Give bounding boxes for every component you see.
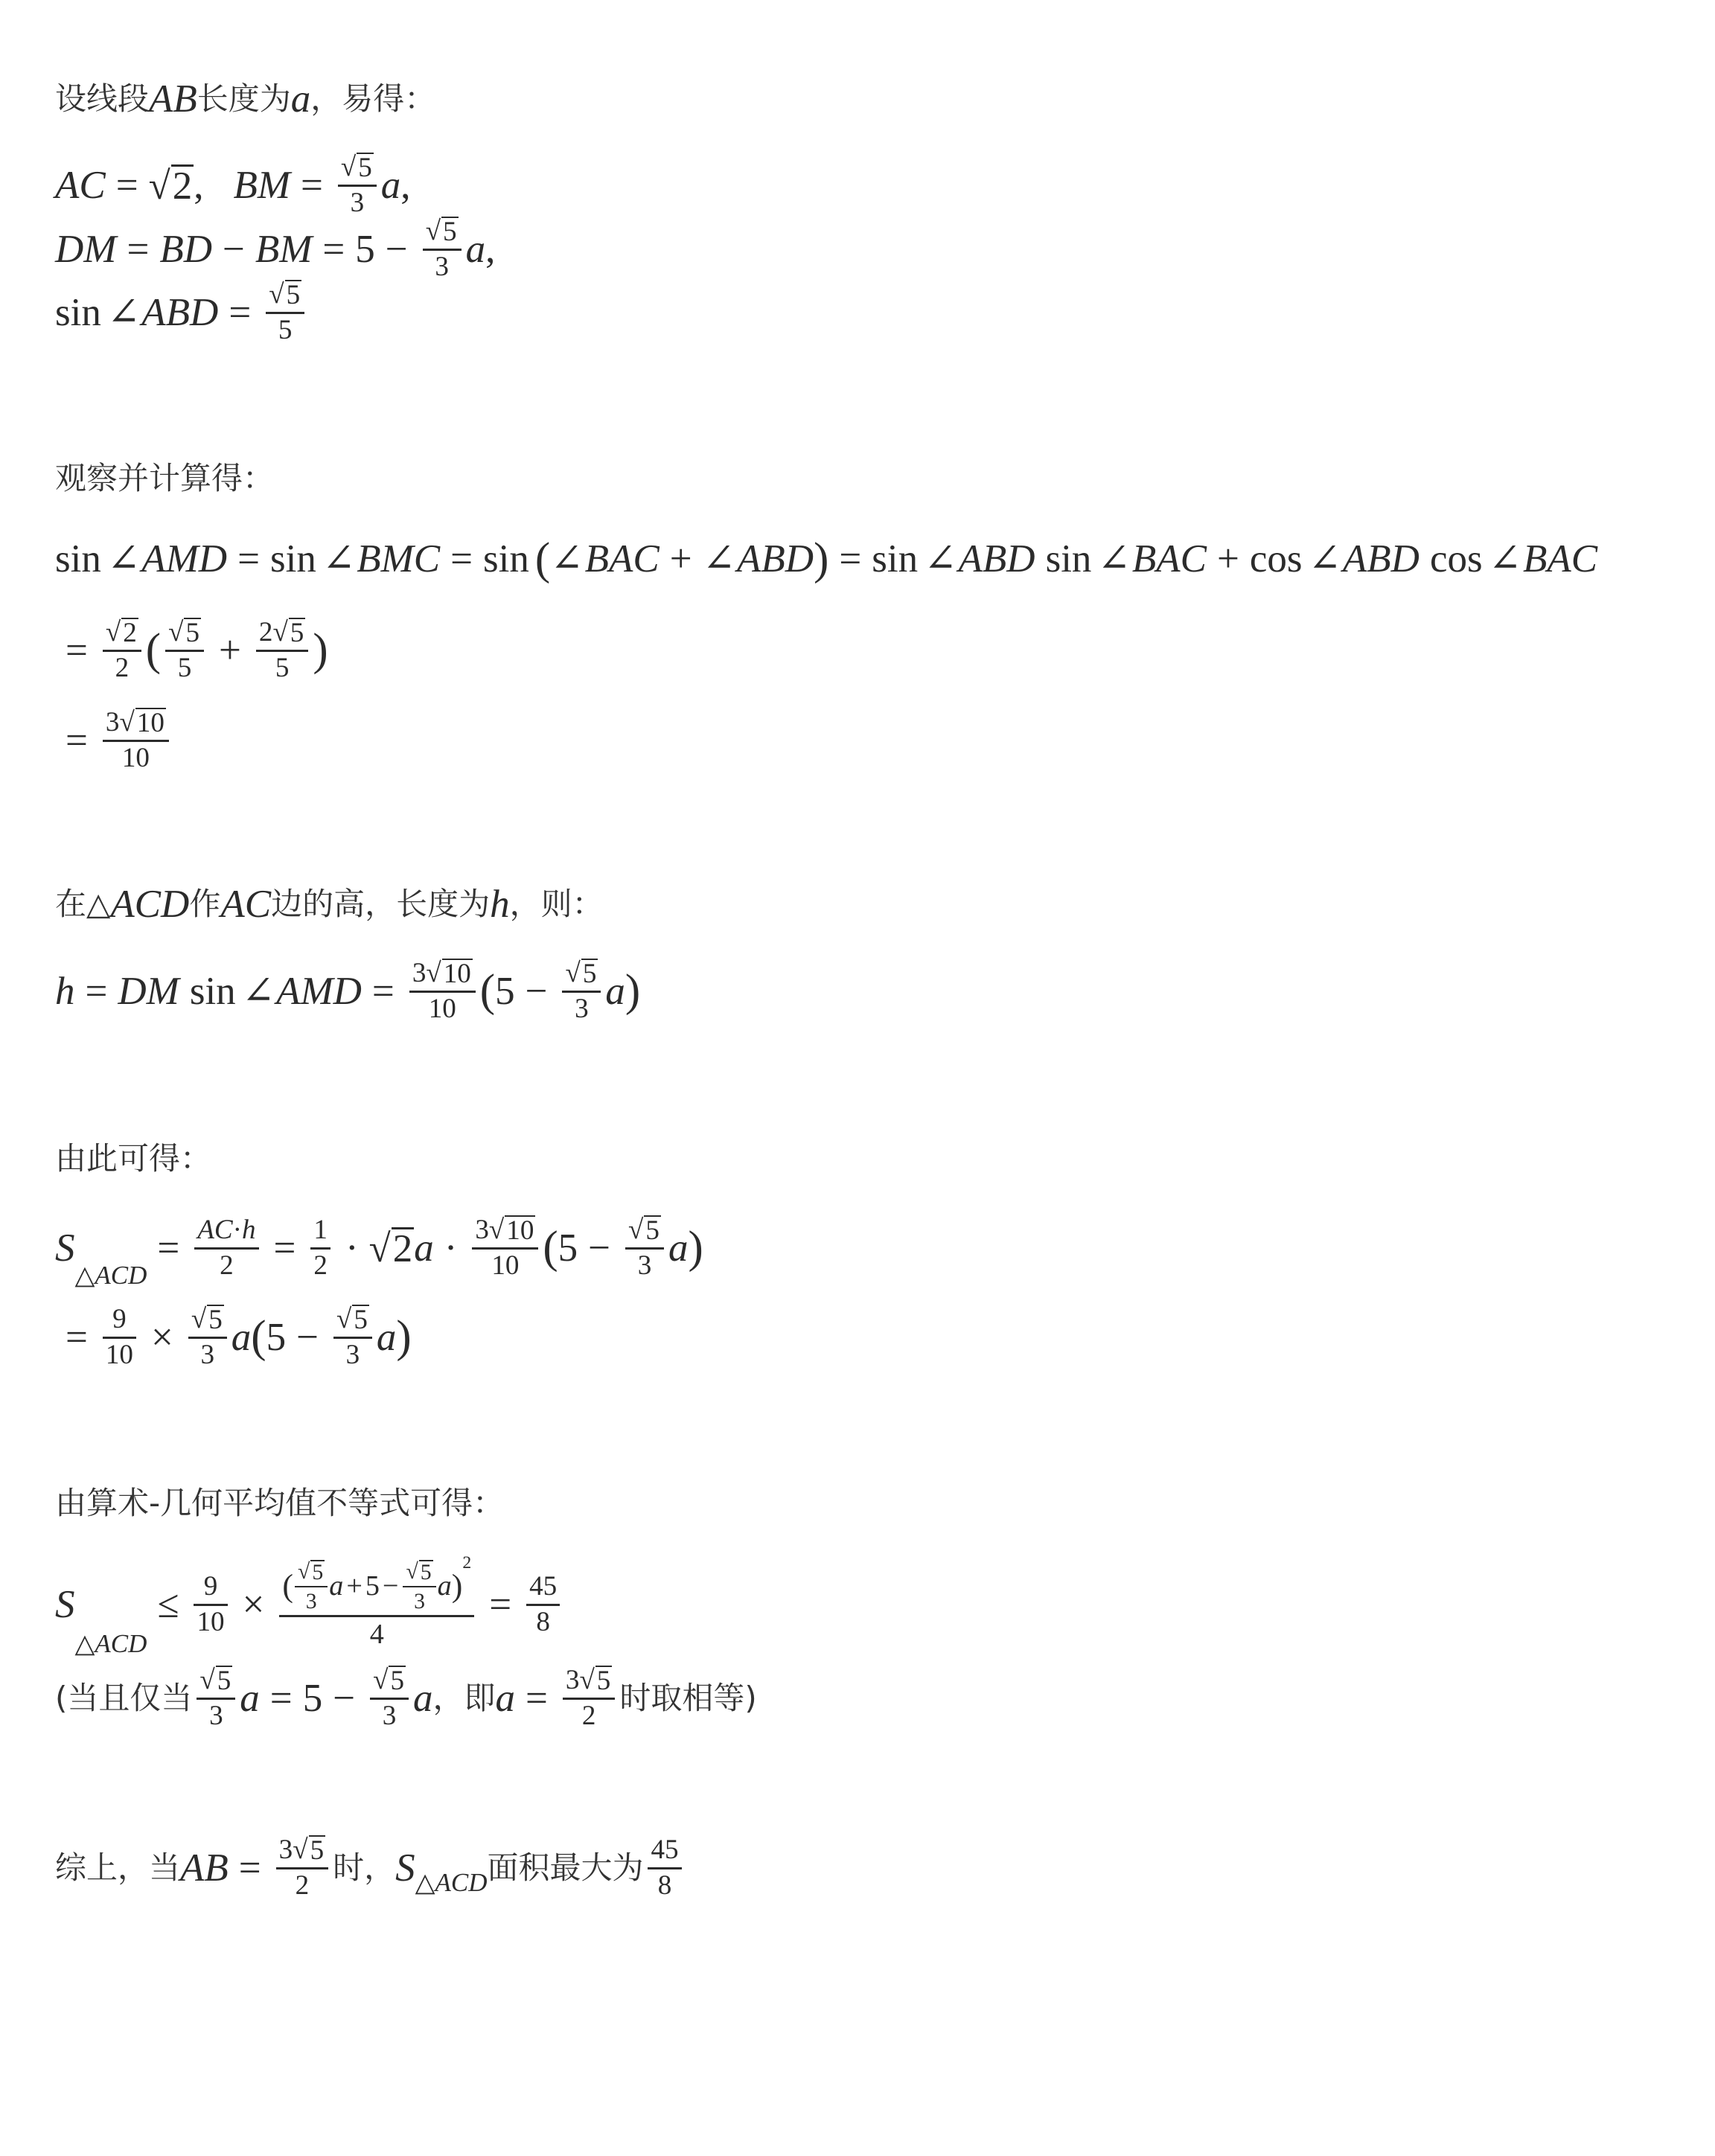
math-expression: √5 <box>628 1215 661 1244</box>
radical-sign-icon: √ <box>149 167 170 206</box>
math-variable: BAC <box>585 540 660 579</box>
math-function: sin <box>55 540 101 579</box>
parenthesis: ) <box>625 969 640 1014</box>
angle-symbol: ∠ <box>1489 540 1521 579</box>
square-root: √5 <box>579 1666 612 1695</box>
math-number: , <box>400 166 410 205</box>
numerator: √5 <box>188 1305 227 1336</box>
math-expression: 2 <box>220 1252 234 1281</box>
math-number: 3 <box>575 995 589 1024</box>
math-variable: a <box>291 80 311 119</box>
text-run: 在△ <box>55 889 110 920</box>
fraction: √22 <box>103 618 141 682</box>
solution-line: 设线段 AB 长度为 a，易得： <box>55 54 435 144</box>
radical-sign-icon: √ <box>426 217 441 246</box>
square-root: √10 <box>119 708 165 737</box>
denominator: 3 <box>423 249 462 282</box>
text-run: 时， <box>333 1852 395 1884</box>
numerator: 45 <box>526 1573 560 1604</box>
math-expression: √5 <box>565 959 598 988</box>
math-expression: 1 <box>313 1216 328 1245</box>
math-operator: − <box>386 230 408 269</box>
fraction: √55 <box>266 280 304 345</box>
numerator: 2√5 <box>256 618 308 649</box>
math-variable: h <box>490 885 510 924</box>
numerator: AC·h <box>194 1216 258 1247</box>
math-expression: AB=3√52 <box>180 1835 333 1900</box>
square-root: √2 <box>149 164 194 206</box>
math-expression: 10 <box>429 995 456 1024</box>
math-expression: √5 <box>191 1305 224 1334</box>
solution-line: =910×√53a(5−√53a) <box>55 1293 412 1382</box>
math-operator: − <box>383 1571 399 1601</box>
square-root: √5 <box>373 1666 406 1695</box>
radical-sign-icon: √ <box>341 153 356 182</box>
math-expression: =√22(√55+2√55) <box>55 618 328 682</box>
square-root: √5 <box>272 618 305 647</box>
math-variable: S <box>55 1585 75 1625</box>
parenthesis: ( <box>146 628 161 674</box>
math-expression: 3√10 <box>412 959 473 988</box>
math-number: 9 <box>204 1573 218 1602</box>
parenthesis: ( <box>251 1315 266 1360</box>
radicand: 5 <box>419 1560 433 1584</box>
square-root: √2 <box>369 1227 415 1269</box>
math-expression: √2 <box>106 618 138 647</box>
fraction: √53 <box>423 217 462 281</box>
math-function: sin <box>483 540 529 579</box>
math-variable: BAC <box>1132 540 1207 579</box>
math-expression: 2 <box>296 1872 310 1901</box>
denominator: 5 <box>256 650 308 683</box>
math-variable: DM <box>118 972 179 1011</box>
radical-sign-icon: √ <box>406 1560 418 1583</box>
subscript: △ACD <box>415 1869 488 1896</box>
text-run: 由此可得： <box>55 1143 211 1174</box>
numerator: √5 <box>333 1305 372 1336</box>
math-expression: 2 <box>582 1702 596 1731</box>
math-function: cos <box>1430 540 1483 579</box>
math-expression: √5 <box>426 217 459 246</box>
fraction: 458 <box>526 1573 560 1637</box>
math-expression: S△ACD≤910×(√53a+5−√53a)24=458 <box>55 1560 564 1649</box>
math-function: cos <box>1250 540 1303 579</box>
numerator: √5 <box>423 217 462 248</box>
math-variable: S <box>395 1849 415 1888</box>
math-expression: 9 <box>204 1573 218 1602</box>
math-number: · <box>233 1216 242 1245</box>
math-variable: BAC <box>1523 540 1597 579</box>
denominator: 3 <box>197 1698 235 1731</box>
radicand: 10 <box>505 1215 535 1244</box>
math-number: 5 <box>495 972 515 1011</box>
text-run: ，易得： <box>310 83 435 115</box>
math-expression: AC <box>220 885 271 924</box>
math-number: 2 <box>259 618 273 647</box>
fraction: 3√52 <box>276 1835 328 1900</box>
math-expression: 3 <box>414 1590 425 1613</box>
square-root: √2 <box>106 618 138 647</box>
math-expression: a <box>291 80 311 119</box>
math-expression: 3√10 <box>475 1215 535 1244</box>
numerator: √5 <box>403 1560 435 1586</box>
denominator: 3 <box>188 1337 227 1370</box>
radicand: 2 <box>171 164 194 206</box>
fraction: 12 <box>310 1216 330 1281</box>
math-expression: S△ACD <box>395 1849 487 1888</box>
math-expression: √53a=5−√53a <box>192 1666 432 1730</box>
square-root: √5 <box>565 959 598 988</box>
math-expression: 10 <box>106 1341 133 1370</box>
math-operator: = <box>66 631 88 671</box>
math-number: 3 <box>412 959 427 988</box>
math-expression: sin∠ABD=√55 <box>55 280 309 345</box>
math-number: 10 <box>429 995 456 1024</box>
solution-line: (当且仅当 √53a=5−√53a，即 a=3√52 时取相等) <box>55 1654 757 1743</box>
radicand: 5 <box>289 618 306 647</box>
math-variable: a <box>438 1571 452 1601</box>
math-operator: + <box>670 540 692 579</box>
math-variable: a <box>240 1679 260 1718</box>
math-expression: 3√5 <box>279 1835 325 1864</box>
angle-symbol: ∠ <box>107 293 140 333</box>
numerator: 9 <box>109 1305 130 1337</box>
radicand: 5 <box>352 1305 369 1334</box>
text-run: 面积最大为 <box>487 1852 643 1884</box>
numerator: √5 <box>165 618 204 649</box>
angle-symbol: ∠ <box>703 540 735 579</box>
radical-sign-icon: √ <box>106 618 121 647</box>
fraction: 458 <box>648 1836 681 1901</box>
solution-line: h=DMsin∠AMD=3√1010(5−√53a) <box>55 947 640 1036</box>
radical-sign-icon: √ <box>293 1836 307 1865</box>
parenthesis: ( <box>543 1226 558 1271</box>
text-run: 设线段 <box>55 83 149 115</box>
numerator: √5 <box>197 1666 235 1697</box>
math-function: sin <box>55 293 101 333</box>
math-variable: BD <box>159 230 212 269</box>
math-function: sin <box>270 540 316 579</box>
angle-symbol: ∠ <box>550 540 583 579</box>
math-operator: − <box>223 230 245 269</box>
math-operator: = <box>66 721 88 761</box>
math-expression: AC·h <box>197 1216 255 1245</box>
solution-line: 在△ ACD 作 AC 边的高，长度为 h，则： <box>55 860 604 949</box>
fraction: 910 <box>103 1305 136 1370</box>
math-operator: − <box>588 1229 610 1268</box>
solution-line: 由算术-几何平均值不等式可得： <box>55 1459 504 1548</box>
fraction: 2√55 <box>256 618 308 682</box>
denominator: 4 <box>279 1615 474 1649</box>
math-expression: h <box>490 885 510 924</box>
math-operator: = <box>489 1585 511 1625</box>
math-variable: AB <box>149 80 197 119</box>
superscript: 2 <box>462 1554 471 1573</box>
numerator: 3√10 <box>103 708 169 739</box>
solution-line: S△ACD≤910×(√53a+5−√53a)24=458 <box>55 1560 564 1649</box>
math-variable: ACD <box>110 885 189 924</box>
math-number: 3 <box>279 1836 293 1865</box>
numerator: √2 <box>103 618 141 649</box>
math-operator: − <box>526 972 548 1011</box>
text-run: (当且仅当 <box>55 1683 192 1714</box>
math-number: 3 <box>201 1341 215 1370</box>
denominator: 5 <box>165 650 204 683</box>
radicand: 10 <box>135 708 166 737</box>
numerator: 45 <box>648 1836 681 1867</box>
math-expression: =3√1010 <box>55 708 173 772</box>
math-number: 5 <box>303 1679 323 1718</box>
math-expression: 10 <box>197 1608 224 1637</box>
radicand: 5 <box>285 280 302 309</box>
math-operator: = <box>839 540 861 579</box>
denominator: 3 <box>562 991 601 1024</box>
math-variable: a <box>231 1318 252 1357</box>
math-operator: × <box>151 1318 173 1357</box>
fraction: 3√1010 <box>409 959 476 1023</box>
math-expression: 10 <box>491 1252 519 1281</box>
radicand: 5 <box>207 1305 224 1334</box>
numerator: √5 <box>625 1215 664 1247</box>
radical-sign-icon: √ <box>369 1229 391 1269</box>
math-operator: = <box>372 972 395 1011</box>
angle-symbol: ∠ <box>107 540 140 579</box>
numerator: 1 <box>310 1216 330 1247</box>
math-number: 3 <box>435 253 449 282</box>
denominator: 3 <box>625 1247 664 1281</box>
text-run: 作 <box>189 889 220 920</box>
math-number: 3 <box>566 1666 580 1695</box>
math-operator: × <box>243 1585 265 1625</box>
radicand: 5 <box>389 1666 406 1695</box>
math-expression: √5 <box>336 1305 369 1334</box>
subscript: △ACD <box>75 1262 147 1288</box>
square-root: √5 <box>336 1305 369 1334</box>
math-operator: + <box>1217 540 1239 579</box>
fraction: √55 <box>165 618 204 682</box>
math-number: 5 <box>278 316 293 345</box>
radicand: 5 <box>216 1666 233 1695</box>
math-variable: DM <box>55 230 116 269</box>
radicand: 5 <box>184 618 201 647</box>
math-variable: AB <box>180 1849 229 1888</box>
fraction: AC·h2 <box>194 1216 258 1281</box>
math-expression: a=3√52 <box>496 1666 620 1730</box>
math-number: 5 <box>266 1318 287 1357</box>
denominator: 3 <box>295 1586 328 1613</box>
fraction: √53 <box>197 1666 235 1730</box>
subscript: △ACD <box>75 1631 147 1657</box>
math-operator: = <box>116 166 138 205</box>
radicand: 2 <box>121 618 138 647</box>
parenthesis: ) <box>313 628 328 674</box>
radical-sign-icon: √ <box>565 959 580 988</box>
math-variable: BMC <box>357 540 440 579</box>
math-operator: = <box>450 540 473 579</box>
denominator: 10 <box>103 740 169 773</box>
math-variable: a <box>668 1229 689 1268</box>
math-number: 2 <box>115 654 130 683</box>
numerator: 3√10 <box>409 959 476 990</box>
math-variable: h <box>242 1216 256 1245</box>
math-operator: = <box>322 230 345 269</box>
denominator: 10 <box>103 1337 136 1370</box>
math-function: sin <box>190 972 236 1011</box>
math-number: 1 <box>313 1216 328 1245</box>
denominator: 5 <box>266 312 304 345</box>
math-operator: = <box>66 1318 88 1357</box>
denominator: 2 <box>103 650 141 683</box>
denominator: 8 <box>526 1604 560 1637</box>
math-number: , <box>194 166 203 205</box>
math-operator: + <box>346 1571 363 1601</box>
denominator: 3 <box>370 1698 409 1731</box>
math-operator: = <box>301 166 323 205</box>
math-number: 8 <box>536 1608 550 1637</box>
math-expression: 3 <box>435 253 449 282</box>
math-number: 2 <box>220 1252 234 1281</box>
square-root: √5 <box>426 217 459 246</box>
radical-sign-icon: √ <box>168 618 183 647</box>
radical-sign-icon: √ <box>579 1666 594 1695</box>
solution-line: 观察并计算得： <box>55 434 274 523</box>
square-root: √10 <box>426 959 472 988</box>
math-expression: √5 <box>168 618 201 647</box>
radicand: 5 <box>441 217 459 246</box>
numerator: √5 <box>266 280 304 311</box>
square-root: √5 <box>269 280 301 309</box>
math-variable: AC <box>197 1216 232 1245</box>
square-root: √5 <box>406 1560 432 1584</box>
text-run: ，则： <box>510 889 604 920</box>
math-operator: = <box>157 1229 179 1268</box>
radicand: 10 <box>442 959 473 988</box>
math-number: 8 <box>658 1872 672 1901</box>
math-expression: 45 <box>651 1836 678 1865</box>
text-run: 时取相等) <box>619 1683 756 1714</box>
math-number: 2 <box>296 1872 310 1901</box>
math-variable: AC <box>220 885 271 924</box>
square-root: √5 <box>168 618 201 647</box>
math-expression: 5 <box>278 316 293 345</box>
math-expression: 2 <box>115 654 130 683</box>
text-run: 观察并计算得： <box>55 463 274 494</box>
math-expression: 3 <box>383 1702 397 1731</box>
math-variable: BM <box>233 166 290 205</box>
math-expression: S△ACD=AC·h2=12·√2a·3√1010(5−√53a) <box>55 1215 703 1280</box>
math-expression: 10 <box>122 744 150 773</box>
radicand: 5 <box>310 1560 325 1584</box>
solution-line: =√22(√55+2√55) <box>55 606 328 695</box>
math-operator: = <box>526 1679 548 1718</box>
math-operator: = <box>86 972 108 1011</box>
fraction: 3√1010 <box>472 1215 538 1280</box>
radicand: 5 <box>595 1666 613 1695</box>
fraction: √53 <box>562 959 601 1023</box>
math-operator: · <box>444 1229 458 1268</box>
math-number: 10 <box>106 1341 133 1370</box>
math-number: 3 <box>383 1702 397 1731</box>
math-variable: ABD <box>1343 540 1419 579</box>
math-number: 2 <box>582 1702 596 1731</box>
math-variable: h <box>55 972 75 1011</box>
square-root: √5 <box>298 1560 325 1584</box>
math-operator: + <box>219 631 241 671</box>
denominator: 2 <box>276 1867 328 1901</box>
math-number: 45 <box>651 1836 678 1865</box>
math-expression: (√53a+5−√53a)2 <box>282 1560 471 1613</box>
math-variable: ABD <box>141 293 218 333</box>
fraction: 910 <box>194 1573 227 1637</box>
radical-sign-icon: √ <box>373 1666 388 1695</box>
radical-sign-icon: √ <box>119 708 134 738</box>
radical-sign-icon: √ <box>199 1666 214 1695</box>
math-variable: a <box>381 166 401 205</box>
radical-sign-icon: √ <box>336 1305 351 1334</box>
fraction: 3√52 <box>563 1666 615 1730</box>
math-expression: 458 <box>643 1836 686 1901</box>
square-root: √5 <box>191 1305 224 1334</box>
radical-sign-icon: √ <box>269 281 284 310</box>
solution-line: sin∠AMD=sin∠BMC=sin(∠BAC+∠ABD)=sin∠ABDsi… <box>55 515 1597 604</box>
math-expression: √5 <box>406 1560 432 1584</box>
fraction: √53 <box>625 1215 664 1280</box>
math-variable: a <box>466 230 486 269</box>
parenthesis: ( <box>480 969 495 1014</box>
math-variable: a <box>329 1571 343 1601</box>
square-root: √5 <box>293 1835 325 1864</box>
math-number: 5 <box>365 1571 380 1601</box>
math-expression: √5 <box>269 280 301 309</box>
math-expression: √5 <box>298 1560 325 1584</box>
angle-symbol: ∠ <box>242 972 275 1011</box>
math-operator: = <box>270 1679 293 1718</box>
math-number: 4 <box>370 1619 384 1649</box>
math-operator: = <box>229 293 251 333</box>
math-number: 10 <box>491 1252 519 1281</box>
math-operator: = <box>274 1229 296 1268</box>
angle-symbol: ∠ <box>322 540 355 579</box>
radical-sign-icon: √ <box>628 1216 643 1245</box>
numerator: 3√5 <box>276 1835 328 1866</box>
math-number: 3 <box>106 708 120 738</box>
math-expression: 3 <box>346 1341 360 1370</box>
math-number: 3 <box>306 1590 317 1613</box>
math-operator: = <box>239 1849 261 1888</box>
math-expression: 8 <box>658 1872 672 1901</box>
math-number: 10 <box>197 1608 224 1637</box>
math-function: sin <box>1046 540 1092 579</box>
square-root: √5 <box>341 153 374 182</box>
radical-sign-icon: √ <box>426 959 441 988</box>
numerator: √5 <box>562 959 601 990</box>
parenthesis: ( <box>282 1569 293 1603</box>
parenthesis: ) <box>396 1315 411 1360</box>
math-expression: 3 <box>201 1341 215 1370</box>
math-variable: S <box>55 1229 75 1268</box>
numerator: √5 <box>370 1666 409 1697</box>
radicand: 5 <box>644 1215 661 1244</box>
radicand: 5 <box>357 153 374 182</box>
math-variable: a <box>413 1679 433 1718</box>
math-expression: 3 <box>638 1252 652 1281</box>
angle-symbol: ∠ <box>924 540 956 579</box>
radicand: 5 <box>581 959 598 988</box>
math-expression: 3 <box>575 995 589 1024</box>
fraction: √53 <box>188 1305 227 1369</box>
fraction: √53 <box>333 1305 372 1369</box>
solution-line: =3√1010 <box>55 696 173 785</box>
